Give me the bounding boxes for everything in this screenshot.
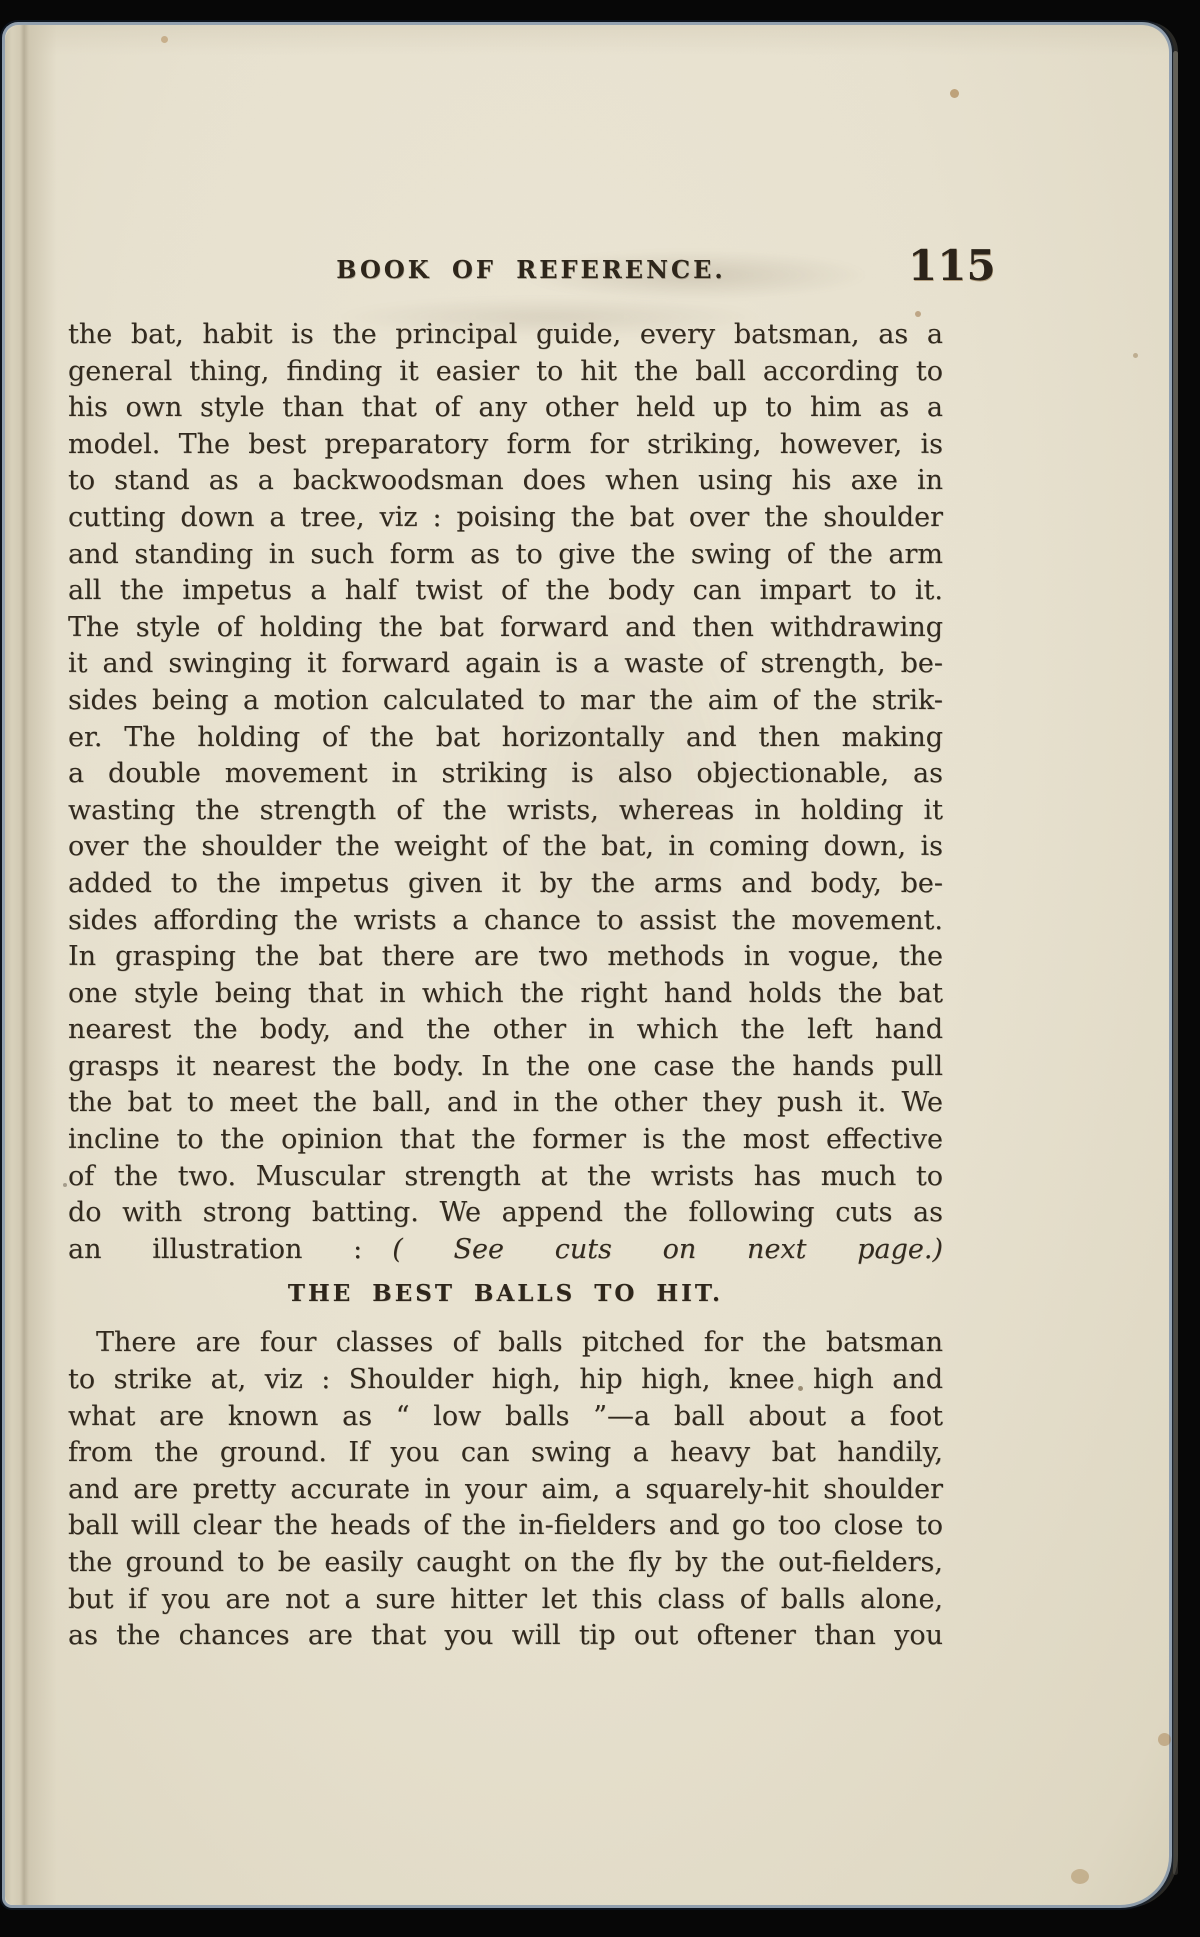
paragraph-best-balls: There are four classes of balls pitched … [68,1325,943,1654]
last-line-plain: an illustration : [68,1234,362,1265]
section-heading: THE BEST BALLS TO HIT. [68,1278,943,1310]
page-body-text: the bat, habit is the principal guide, e… [68,317,943,1655]
text-line: his own style than that of any other hel… [68,390,943,427]
text-line: grasps it nearest the body. In the one c… [68,1049,943,1086]
page-number: 115 [908,241,996,290]
paragraph-last-line: an illustration :( See cuts on next page… [68,1232,943,1269]
text-line: the bat to meet the ball, and in the oth… [68,1085,943,1122]
text-line: a double movement in striking is also ob… [68,756,943,793]
text-line: one style being that in which the right … [68,976,943,1013]
last-line-italic: ( See cuts on next page.) [362,1234,943,1265]
foxing-spot [1158,1733,1171,1746]
text-line: general thing, finding it easier to hit … [68,354,943,391]
text-line: but if you are not a sure hitter let thi… [68,1582,943,1619]
text-line: and standing in such form as to give the… [68,537,943,574]
text-line: sides affording the wrists a chance to a… [68,903,943,940]
foxing-spot [1133,353,1138,358]
foxing-spot [950,89,959,98]
text-line: In grasping the bat there are two method… [68,939,943,976]
text-line: and are pretty accurate in your aim, a s… [68,1472,943,1509]
text-line: model. The best preparatory form for str… [68,427,943,464]
text-line: to stand as a backwoodsman does when usi… [68,463,943,500]
text-line: from the ground. If you can swing a heav… [68,1435,943,1472]
text-line: what are known as “ low balls ”—a ball a… [68,1399,943,1436]
text-line: nearest the body, and the other in which… [68,1012,943,1049]
text-line: all the impetus a half twist of the body… [68,573,943,610]
text-line: cutting down a tree, viz : poising the b… [68,500,943,537]
text-line: over the shoulder the weight of the bat,… [68,829,943,866]
text-line: to strike at, viz : Shoulder high, hip h… [68,1362,943,1399]
binding-gutter [5,25,57,1905]
paragraph-batting-style: the bat, habit is the principal guide, e… [68,317,943,1232]
foxing-spot [63,1183,67,1187]
text-line: incline to the opinion that the former i… [68,1122,943,1159]
text-line: ball will clear the heads of the in-fiel… [68,1508,943,1545]
text-line: wasting the strength of the wrists, wher… [68,793,943,830]
foxing-spot [161,36,168,43]
text-line: the bat, habit is the principal guide, e… [68,317,943,354]
text-line: The style of holding the bat forward and… [68,610,943,647]
text-line: the ground to be easily caught on the fl… [68,1545,943,1582]
running-head: BOOK OF REFERENCE. [5,255,1057,284]
text-line: added to the impetus given it by the arm… [68,866,943,903]
text-line: There are four classes of balls pitched … [68,1325,943,1362]
text-line: of the two. Muscular strength at the wri… [68,1159,943,1196]
text-line: er. The holding of the bat horizontally … [68,720,943,757]
book-page: BOOK OF REFERENCE. 115 the bat, habit is… [2,22,1172,1908]
text-line: do with strong batting. We append the fo… [68,1195,943,1232]
foxing-spot [1071,1869,1089,1884]
text-line: as the chances are that you will tip out… [68,1618,943,1655]
text-line: it and swinging it forward again is a wa… [68,646,943,683]
text-line: sides being a motion calculated to mar t… [68,683,943,720]
